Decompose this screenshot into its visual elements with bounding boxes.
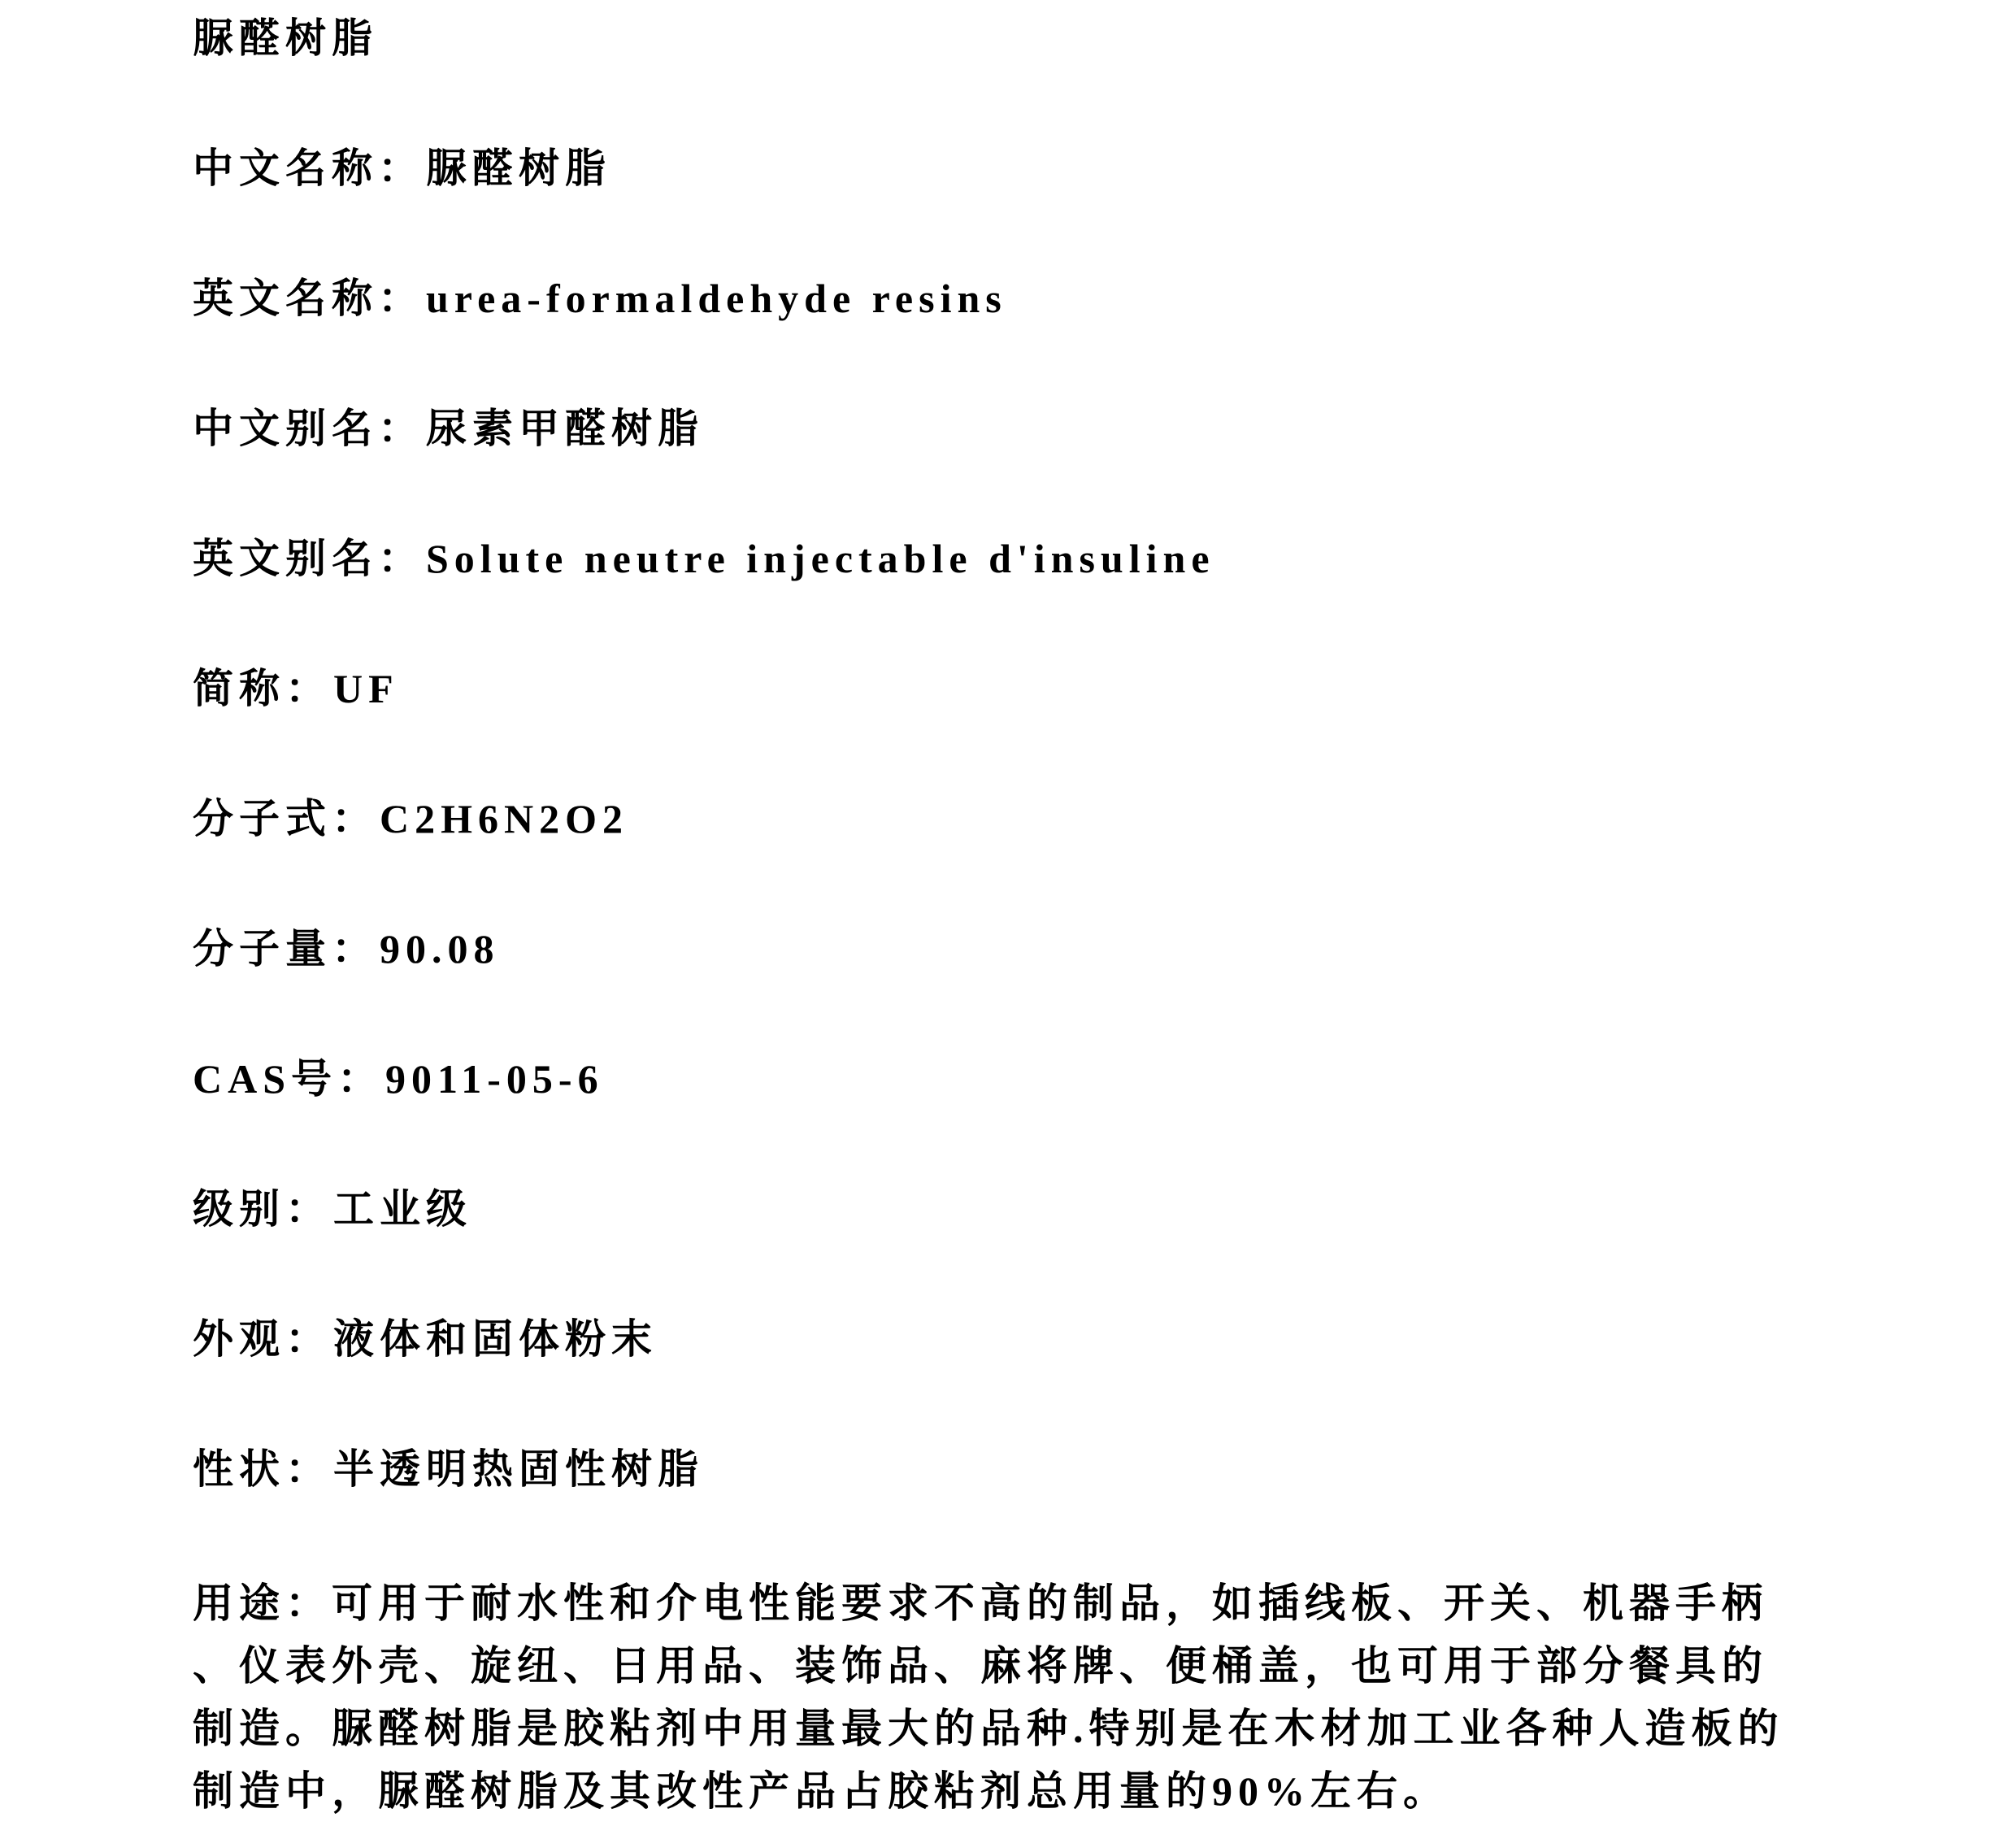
field-value: 液体和固体粉末: [333, 1316, 658, 1362]
usage-label: 用途：: [193, 1580, 332, 1626]
field-label: 英文别名：: [193, 536, 424, 581]
field-label: 级别：: [193, 1186, 332, 1232]
field-chinese-name: 中文名称：脲醛树脂: [193, 141, 1902, 195]
field-value: C2H6N2O2: [380, 796, 628, 841]
field-value: 工业级: [333, 1186, 472, 1232]
field-molecular-formula: 分子式：C2H6N2O2: [193, 792, 1902, 846]
field-label: 英文名称：: [193, 276, 424, 321]
field-value: 9011-05-6: [385, 1056, 604, 1102]
field-english-name: 英文名称：urea-formaldehyde resins: [193, 272, 1902, 325]
field-appearance: 外观：液体和固体粉末: [193, 1312, 1902, 1366]
usage-line: 制造中，脲醛树脂及其改性产品占胶粘剂总用量的90%左右。: [193, 1760, 1902, 1823]
field-label: 外观：: [193, 1316, 332, 1362]
field-label: 性状：: [193, 1446, 332, 1492]
usage-line: 制造。脲醛树脂是胶粘剂中用量最大的品种.特别是在木材加工业各种人造板的: [193, 1698, 1902, 1760]
field-grade: 级别：工业级: [193, 1182, 1902, 1236]
usage-text: 可用于耐水性和介电性能要求不高的制品，如插线板、开关、机器手柄: [332, 1580, 1768, 1626]
field-value: 90.08: [380, 926, 500, 972]
field-value: UF: [333, 666, 399, 711]
usage-line: 、仪表外壳、旋纽、日用品、装饰品、麻将牌、便桶盖，也可用于部分餐具的: [193, 1635, 1902, 1698]
field-label: CAS号：: [193, 1056, 384, 1102]
field-label: 分子量：: [193, 926, 378, 972]
field-chinese-alias: 中文别名：尿素甲醛树脂: [193, 402, 1902, 455]
field-value: 尿素甲醛树脂: [426, 406, 704, 451]
field-molecular-weight: 分子量：90.08: [193, 922, 1902, 976]
usage-paragraph: 用途：可用于耐水性和介电性能要求不高的制品，如插线板、开关、机器手柄 、仪表外壳…: [193, 1572, 1902, 1823]
field-cas-number: CAS号：9011-05-6: [193, 1052, 1902, 1106]
document-page: 脲醛树脂 中文名称：脲醛树脂 英文名称：urea-formaldehyde re…: [0, 0, 2016, 1839]
usage-line: 用途：可用于耐水性和介电性能要求不高的制品，如插线板、开关、机器手柄: [193, 1572, 1902, 1635]
field-abbreviation: 简称：UF: [193, 662, 1902, 715]
field-label: 中文名称：: [193, 146, 424, 191]
field-properties: 性状：半透明热固性树脂: [193, 1442, 1902, 1496]
field-value: 半透明热固性树脂: [333, 1446, 704, 1492]
field-value: Solute neutre injectable d'insuline: [426, 536, 1215, 581]
field-label: 分子式：: [193, 796, 378, 841]
page-title: 脲醛树脂: [193, 11, 1902, 65]
field-label: 简称：: [193, 666, 332, 711]
field-english-alias: 英文别名：Solute neutre injectable d'insuline: [193, 532, 1902, 585]
field-value: urea-formaldehyde resins: [426, 276, 1007, 321]
field-value: 脲醛树脂: [426, 146, 611, 191]
field-label: 中文别名：: [193, 406, 424, 451]
